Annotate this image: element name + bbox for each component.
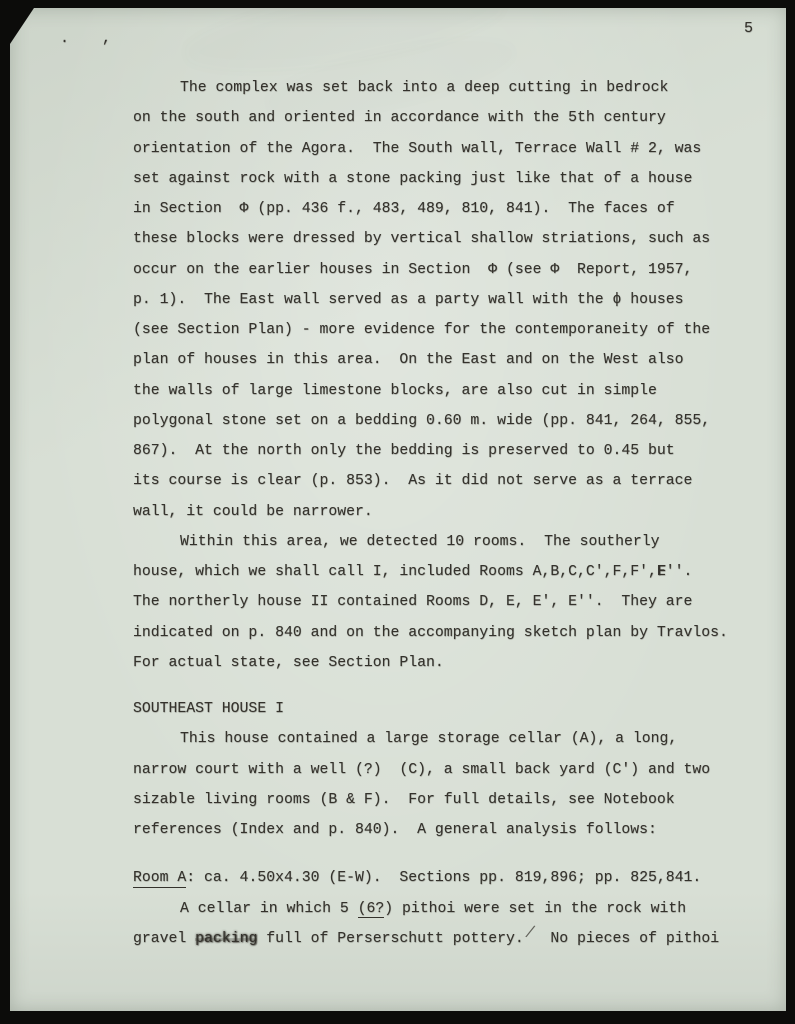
text-line: house, which we shall call I, included R… [133, 557, 773, 587]
overstruck-word: packing [195, 931, 257, 947]
text-line: plan of houses in this area. On the East… [133, 345, 773, 375]
text-line: This house contained a large storage cel… [133, 724, 773, 754]
overtyped-character: EF [657, 557, 666, 587]
page-number: 5 [744, 20, 753, 37]
document-page: . , 5 The complex was set back into a de… [10, 8, 786, 1011]
text-line: on the south and oriented in accordance … [133, 103, 773, 133]
text-line: in Section Φ (pp. 436 f., 483, 489, 810,… [133, 194, 773, 224]
text-segment: : ca. 4.50x4.30 (E-W). Sections pp. 819,… [186, 870, 701, 886]
stray-comma-mark: , [102, 30, 111, 47]
text-line: Within this area, we detected 10 rooms. … [133, 527, 773, 557]
text-line: A cellar in which 5 (6?) pithoi were set… [133, 894, 773, 924]
text-line: indicated on p. 840 and on the accompany… [133, 618, 773, 648]
text-line: 867). At the north only the bedding is p… [133, 436, 773, 466]
stray-dot-mark: . [60, 30, 69, 47]
text-line: For actual state, see Section Plan. [133, 648, 773, 678]
text-line: polygonal stone set on a bedding 0.60 m.… [133, 406, 773, 436]
text-segment: No pieces of pithoi [533, 931, 719, 947]
text-line: set against rock with a stone packing ju… [133, 164, 773, 194]
text-line: The northerly house II contained Rooms D… [133, 587, 773, 617]
text-line: (see Section Plan) - more evidence for t… [133, 315, 773, 345]
document-body: The complex was set back into a deep cut… [133, 73, 773, 954]
text-segment: full of Perserschutt pottery. [257, 931, 523, 947]
room-a-entry: Room A: ca. 4.50x4.30 (E-W). Sections pp… [133, 863, 773, 893]
text-segment: ''. [666, 564, 693, 580]
text-line: narrow court with a well (?) (C), a smal… [133, 755, 773, 785]
text-line: p. 1). The East wall served as a party w… [133, 285, 773, 315]
overtype-over: F [658, 557, 667, 587]
text-line: the walls of large limestone blocks, are… [133, 376, 773, 406]
text-line: sizable living rooms (B & F). For full d… [133, 785, 773, 815]
text-line: occur on the earlier houses in Section Φ… [133, 255, 773, 285]
section-heading: SOUTHEAST HOUSE I [133, 694, 773, 724]
text-segment: A cellar in which 5 [180, 901, 358, 917]
text-line: these blocks were dressed by vertical sh… [133, 224, 773, 254]
text-line: references (Index and p. 840). A general… [133, 815, 773, 845]
text-line: gravel packing full of Perserschutt pott… [133, 924, 773, 954]
text-segment: ) pithoi were set in the rock with [384, 901, 686, 917]
text-line: orientation of the Agora. The South wall… [133, 134, 773, 164]
text-line: The complex was set back into a deep cut… [133, 73, 773, 103]
text-segment: house, which we shall call I, included R… [133, 564, 657, 580]
underlined-correction: (6? [358, 901, 385, 919]
room-a-label: Room A [133, 870, 186, 888]
text-line: its course is clear (p. 853). As it did … [133, 466, 773, 496]
scanned-document-photo: . , 5 The complex was set back into a de… [0, 0, 795, 1024]
text-line: wall, it could be narrower. [133, 497, 773, 527]
text-segment: gravel [133, 931, 195, 947]
